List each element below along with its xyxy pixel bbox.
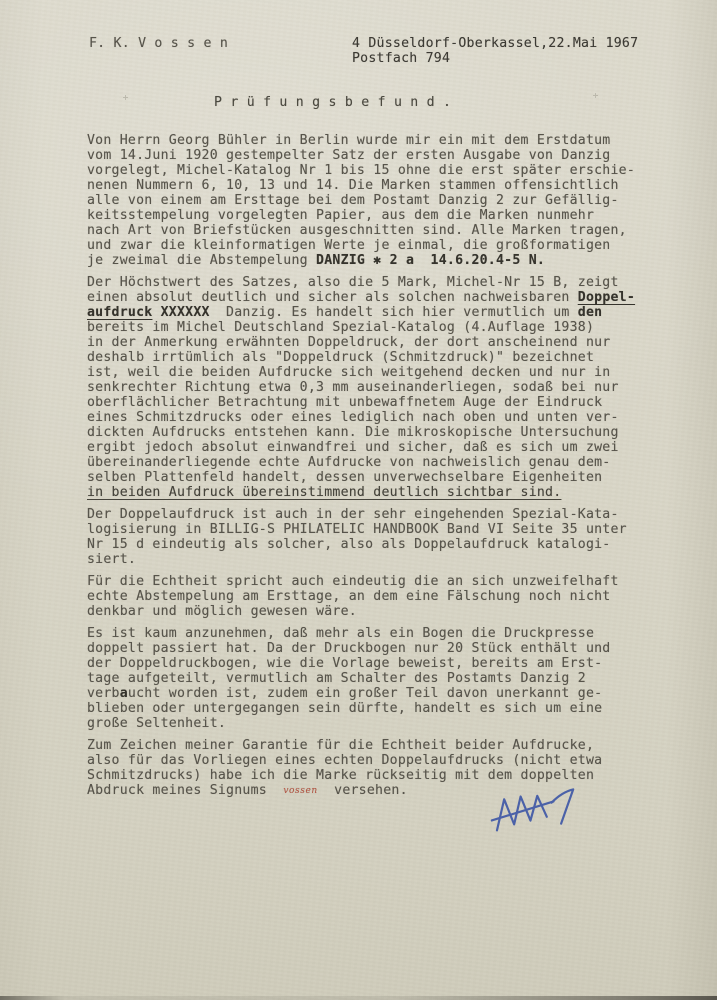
text-segment: Es ist kaum anzunehmen, daß mehr als ein… [87, 626, 594, 641]
text-segment: blieben oder untergegangen sein dürfte, … [87, 701, 602, 716]
text-line: Nr 15 d eindeutig als solcher, also als … [87, 537, 662, 552]
text-segment: bereits im Michel Deutschland Spezial-Ka… [87, 320, 594, 335]
text-segment: der Doppeldruckbogen, wie die Vorlage be… [87, 656, 602, 671]
text-line: alle von einem am Ersttage bei dem Posta… [87, 193, 662, 208]
text-segment: Der Doppelaufdruck ist auch in der sehr … [87, 507, 619, 522]
text-segment: Schmitzdrucks) habe ich die Marke rückse… [87, 768, 594, 783]
text-segment: einen absolut deutlich und sicher als so… [87, 290, 578, 305]
paragraph: Von Herrn Georg Bühler in Berlin wurde m… [87, 133, 662, 268]
paper-speck [123, 95, 128, 100]
text-segment: ist, weil die beiden Aufdrucke sich weit… [87, 365, 611, 380]
text-segment: also für das Vorliegen eines echten Dopp… [87, 753, 602, 768]
paper-speck [593, 93, 598, 98]
letter-body: Von Herrn Georg Bühler in Berlin wurde m… [87, 133, 662, 807]
text-line: senkrechter Richtung etwa 0,3 mm auseina… [87, 380, 662, 395]
text-line: große Seltenheit. [87, 716, 662, 731]
text-line: also für das Vorliegen eines echten Dopp… [87, 753, 662, 768]
text-segment: übereinanderliegende echte Aufdrucke von… [87, 455, 611, 470]
text-line: eines Schmitzdrucks oder eines lediglich… [87, 410, 662, 425]
letter-document: F. K. V o s s e n 4 Düsseldorf-Oberkasse… [0, 0, 717, 1000]
place-date-line: 4 Düsseldorf-Oberkassel,22.Mai 1967 [352, 36, 638, 51]
examiner-red-stamp: vossen [283, 786, 317, 796]
text-segment: verb [87, 686, 120, 701]
text-segment: Doppel- [578, 290, 635, 305]
text-line: dickten Aufdrucks entstehen kann. Die mi… [87, 425, 662, 440]
text-segment: oberflächlicher Betrachtung mit unbewaff… [87, 395, 602, 410]
text-segment: Zum Zeichen meiner Garantie für die Echt… [87, 738, 594, 753]
text-segment: und zwar die kleinformatigen Werte je ei… [87, 238, 611, 253]
text-segment [152, 305, 160, 320]
text-line: nenen Nummern 6, 10, 13 und 14. Die Mark… [87, 178, 662, 193]
text-line: Der Doppelaufdruck ist auch in der sehr … [87, 507, 662, 522]
paragraph: Der Höchstwert des Satzes, also die 5 Ma… [87, 275, 662, 500]
text-line: echte Abstempelung am Ersttage, an dem e… [87, 589, 662, 604]
text-segment: den [578, 305, 603, 320]
text-line: übereinanderliegende echte Aufdrucke von… [87, 455, 662, 470]
document-title: P r ü f u n g s b e f u n d . [214, 95, 451, 110]
text-line: logisierung in BILLIG-S PHILATELIC HANDB… [87, 522, 662, 537]
text-line: nach Art von Briefstücken ausgeschnitten… [87, 223, 662, 238]
text-line: Es ist kaum anzunehmen, daß mehr als ein… [87, 626, 662, 641]
text-segment: vom 14.Juni 1920 gestempelter Satz der e… [87, 148, 611, 163]
text-segment: a [120, 686, 128, 701]
letterhead-right: 4 Düsseldorf-Oberkassel,22.Mai 1967 Post… [352, 36, 638, 66]
text-line: Für die Echtheit spricht auch eindeutig … [87, 574, 662, 589]
text-segment: je zweimal die Abstempelung [87, 253, 316, 268]
text-segment: ucht worden ist, zudem ein großer Teil d… [128, 686, 602, 701]
text-line: Von Herrn Georg Bühler in Berlin wurde m… [87, 133, 662, 148]
paragraph: Der Doppelaufdruck ist auch in der sehr … [87, 507, 662, 567]
text-segment: Danzig. Es handelt sich hier vermutlich … [210, 305, 578, 320]
text-line: Schmitzdrucks) habe ich die Marke rückse… [87, 768, 662, 783]
text-segment: deshalb irrtümlich als "Doppeldruck (Sch… [87, 350, 594, 365]
text-segment: echte Abstempelung am Ersttage, an dem e… [87, 589, 611, 604]
text-line: oberflächlicher Betrachtung mit unbewaff… [87, 395, 662, 410]
text-segment: große Seltenheit. [87, 716, 226, 731]
text-line: einen absolut deutlich und sicher als so… [87, 290, 662, 305]
text-line: vom 14.Juni 1920 gestempelter Satz der e… [87, 148, 662, 163]
text-line: in der Anmerkung erwähnten Doppeldruck, … [87, 335, 662, 350]
text-line: Der Höchstwert des Satzes, also die 5 Ma… [87, 275, 662, 290]
text-line: deshalb irrtümlich als "Doppeldruck (Sch… [87, 350, 662, 365]
text-segment: Der Höchstwert des Satzes, also die 5 Ma… [87, 275, 619, 290]
text-segment: senkrechter Richtung etwa 0,3 mm auseina… [87, 380, 619, 395]
text-segment: aufdruck [87, 305, 152, 320]
text-segment: keitsstempelung vorgelegten Papier, aus … [87, 208, 594, 223]
paragraph: Es ist kaum anzunehmen, daß mehr als ein… [87, 626, 662, 731]
text-segment: siert. [87, 552, 136, 567]
text-segment: DANZIG ✱ 2 a 14.6.20.4-5 N. [316, 253, 545, 268]
text-segment: Abdruck meines Signums [87, 783, 283, 798]
text-segment: in der Anmerkung erwähnten Doppeldruck, … [87, 335, 611, 350]
text-line: verbaucht worden ist, zudem ein großer T… [87, 686, 662, 701]
text-segment: nach Art von Briefstücken ausgeschnitten… [87, 223, 627, 238]
text-segment: denkbar und möglich gewesen wäre. [87, 604, 357, 619]
text-line: in beiden Aufdruck übereinstimmend deutl… [87, 485, 662, 500]
text-segment: tage aufgeteilt, vermutlich am Schalter … [87, 671, 586, 686]
text-segment: Von Herrn Georg Bühler in Berlin wurde m… [87, 133, 611, 148]
postbox-line: Postfach 794 [352, 51, 638, 66]
text-line: denkbar und möglich gewesen wäre. [87, 604, 662, 619]
text-segment: vorgelegt, Michel-Katalog Nr 1 bis 15 oh… [87, 163, 635, 178]
text-segment: XXXXXX [161, 305, 210, 320]
text-segment: dickten Aufdrucks entstehen kann. Die mi… [87, 425, 619, 440]
text-segment: in beiden Aufdruck übereinstimmend deutl… [87, 485, 561, 500]
text-segment: Für die Echtheit spricht auch eindeutig … [87, 574, 619, 589]
text-line: ergibt jedoch absolut einwandfrei und si… [87, 440, 662, 455]
text-line: der Doppeldruckbogen, wie die Vorlage be… [87, 656, 662, 671]
sender-name: F. K. V o s s e n [89, 36, 228, 51]
text-segment: Nr 15 d eindeutig als solcher, also als … [87, 537, 611, 552]
text-line: doppelt passiert hat. Da der Druckbogen … [87, 641, 662, 656]
text-line: Zum Zeichen meiner Garantie für die Echt… [87, 738, 662, 753]
text-segment: doppelt passiert hat. Da der Druckbogen … [87, 641, 611, 656]
text-line: und zwar die kleinformatigen Werte je ei… [87, 238, 662, 253]
handwritten-signature [488, 783, 596, 840]
photo-bottom-edge [0, 996, 717, 1000]
text-segment: selben Plattenfeld handelt, dessen unver… [87, 470, 602, 485]
text-line: ist, weil die beiden Aufdrucke sich weit… [87, 365, 662, 380]
text-line: blieben oder untergegangen sein dürfte, … [87, 701, 662, 716]
text-line: siert. [87, 552, 662, 567]
text-segment: alle von einem am Ersttage bei dem Posta… [87, 193, 619, 208]
text-line: bereits im Michel Deutschland Spezial-Ka… [87, 320, 662, 335]
text-line: selben Plattenfeld handelt, dessen unver… [87, 470, 662, 485]
text-segment: nenen Nummern 6, 10, 13 und 14. Die Mark… [87, 178, 619, 193]
text-line: vorgelegt, Michel-Katalog Nr 1 bis 15 oh… [87, 163, 662, 178]
text-line: keitsstempelung vorgelegten Papier, aus … [87, 208, 662, 223]
text-line: tage aufgeteilt, vermutlich am Schalter … [87, 671, 662, 686]
text-segment: versehen. [318, 783, 408, 798]
text-segment: ergibt jedoch absolut einwandfrei und si… [87, 440, 619, 455]
text-line: je zweimal die Abstempelung DANZIG ✱ 2 a… [87, 253, 662, 268]
text-segment: logisierung in BILLIG-S PHILATELIC HANDB… [87, 522, 627, 537]
paragraph: Für die Echtheit spricht auch eindeutig … [87, 574, 662, 619]
text-segment: eines Schmitzdrucks oder eines lediglich… [87, 410, 619, 425]
text-line: aufdruck XXXXXX Danzig. Es handelt sich … [87, 305, 662, 320]
